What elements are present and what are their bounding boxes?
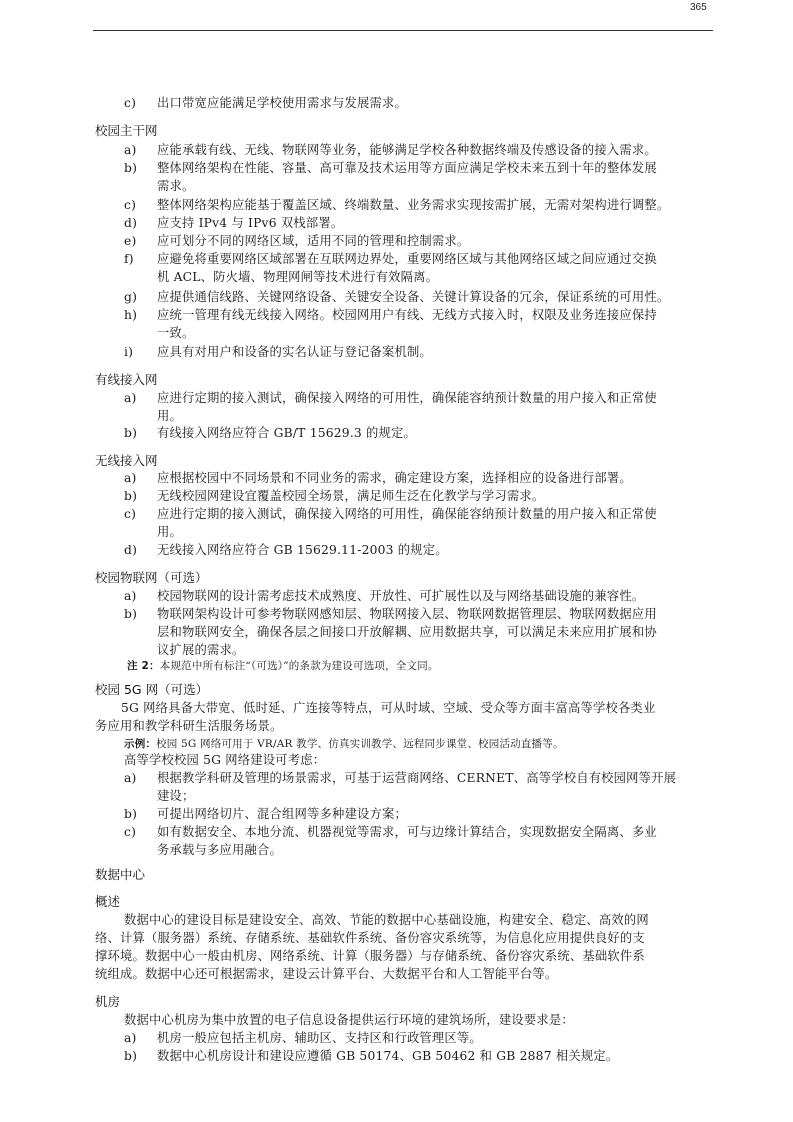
example-text: 校园 5G 网络可用于 VR/AR 教学、仿真实训教学、远程同步课堂、校园活动直…: [156, 738, 564, 750]
item-label: b): [124, 424, 157, 442]
item-text: 物联网架构设计可参考物联网感知层、物联网接入层、物联网数据管理层、物联网数据应用: [157, 607, 657, 621]
list-item: b)无线校园网建设宜覆盖校园全场景，满足师生泛在化教学与学习需求。: [124, 487, 544, 505]
list-item: a)根据教学科研及管理的场景需求，可基于运营商网络、CERNET、高等学校自有校…: [124, 769, 676, 787]
item-label: a): [124, 469, 157, 487]
item-text-continued: 用。: [157, 523, 182, 541]
list-item: d)应支持 IPv4 与 IPv6 双栈部署。: [124, 214, 343, 232]
paragraph-line: 高等学校校园 5G 网络建设可考虑：: [124, 751, 325, 769]
item-text: 应能承载有线、无线、物联网等业务，能够满足学校各种数据终端及传感设备的接入需求。: [157, 143, 657, 157]
list-item: a)应进行定期的接入测试，确保接入网络的可用性，确保能容纳预计数量的用户接入和正…: [124, 389, 657, 407]
item-label: c): [124, 94, 157, 112]
item-label: a): [124, 587, 157, 605]
list-item: e)应可划分不同的网络区域，适用不同的管理和控制需求。: [124, 232, 469, 250]
list-item: b)整体网络架构在性能、容量、高可靠及技术运用等方面应满足学校未来五到十年的整体…: [124, 159, 657, 177]
list-item: c)出口带宽应能满足学校使用需求与发展需求。: [124, 94, 407, 112]
item-text: 数据中心机房设计和建设应遵循 GB 50174、GB 50462 和 GB 28…: [157, 1049, 618, 1063]
item-text: 无线接入网络应符合 GB 15629.11-2003 的规定。: [157, 543, 448, 557]
note-text: 本规范中所有标注“（可选）”的条款为建设可选项，全文同。: [160, 660, 439, 672]
item-text: 应统一管理有线无线接入网络。校园网用户有线、无线方式接入时，权限及业务连接应保持: [157, 308, 657, 322]
item-label: b): [124, 159, 157, 177]
header-rule: [93, 30, 713, 31]
item-text: 无线校园网建设宜覆盖校园全场景，满足师生泛在化教学与学习需求。: [157, 489, 544, 503]
section-heading-datacenter: 数据中心: [95, 866, 145, 884]
item-label: c): [124, 505, 157, 523]
list-item: c)如有数据安全、本地分流、机器视觉等需求，可与边缘计算结合，实现数据安全隔离、…: [124, 823, 657, 841]
item-text: 应进行定期的接入测试，确保接入网络的可用性，确保能容纳预计数量的用户接入和正常使: [157, 507, 657, 521]
list-item: f)应避免将重要网络区域部署在互联网边界处，重要网络区域与其他网络区域之间应通过…: [124, 250, 657, 268]
list-item: a)校园物联网的设计需考虑技术成熟度、开放性、可扩展性以及与网络基础设施的兼容性…: [124, 587, 644, 605]
item-text: 应支持 IPv4 与 IPv6 双栈部署。: [157, 216, 343, 230]
list-item: a)应能承载有线、无线、物联网等业务，能够满足学校各种数据终端及传感设备的接入需…: [124, 141, 657, 159]
item-text: 校园物联网的设计需考虑技术成熟度、开放性、可扩展性以及与网络基础设施的兼容性。: [157, 589, 644, 603]
item-text: 应可划分不同的网络区域，适用不同的管理和控制需求。: [157, 234, 469, 248]
list-item: a)应根据校园中不同场景和不同业务的需求，确定建设方案，选择相应的设备进行部署。: [124, 469, 632, 487]
item-text: 整体网络架构在性能、容量、高可靠及技术运用等方面应满足学校未来五到十年的整体发展: [157, 161, 657, 175]
item-text: 应具有对用户和设备的实名认证与登记备案机制。: [157, 345, 432, 359]
item-label: b): [124, 805, 157, 823]
item-text: 有线接入网络应符合 GB/T 15629.3 的规定。: [157, 426, 416, 440]
paragraph-line: 务应用和教学科研生活服务场景。: [95, 717, 282, 735]
paragraph-line: 络、计算（服务器）系统、存储系统、基础软件系统、备份容灾系统等，为信息化应用提供…: [95, 929, 645, 947]
item-label: e): [124, 232, 157, 250]
item-text-continued: 需求。: [157, 177, 195, 195]
item-text: 应提供通信线路、关键网络设备、关键安全设备、关键计算设备的冗余，保证系统的可用性…: [157, 290, 669, 304]
item-label: a): [124, 769, 157, 787]
note-label: 注 2：: [127, 660, 160, 672]
section-heading-backbone: 校园主干网: [95, 122, 158, 140]
paragraph-line: 数据中心的建设目标是建设安全、高效、节能的数据中心基础设施，构建安全、稳定、高效…: [124, 911, 649, 929]
list-item: i)应具有对用户和设备的实名认证与登记备案机制。: [124, 343, 432, 361]
item-label: d): [124, 214, 157, 232]
list-item: g)应提供通信线路、关键网络设备、关键安全设备、关键计算设备的冗余，保证系统的可…: [124, 288, 669, 306]
item-text: 如有数据安全、本地分流、机器视觉等需求，可与边缘计算结合，实现数据安全隔离、多业: [157, 825, 657, 839]
item-label: i): [124, 343, 157, 361]
page-number: 365: [690, 2, 707, 13]
item-text-continued: 用。: [157, 407, 182, 425]
item-text-continued: 层和物联网安全，确保各层之间接口开放解耦、应用数据共享，可以满足未来应用扩展和协: [157, 623, 657, 641]
item-label: b): [124, 1047, 157, 1065]
section-heading-wireless-access: 无线接入网: [95, 452, 158, 470]
item-label: g): [124, 288, 157, 306]
item-text: 出口带宽应能满足学校使用需求与发展需求。: [157, 96, 407, 110]
item-label: b): [124, 487, 157, 505]
note: 注 2：本规范中所有标注“（可选）”的条款为建设可选项，全文同。: [127, 657, 439, 675]
list-item: a)机房一般应包括主机房、辅助区、支持区和行政管理区等。: [124, 1029, 482, 1047]
section-heading-iot: 校园物联网（可选）: [95, 569, 208, 587]
list-item: b)有线接入网络应符合 GB/T 15629.3 的规定。: [124, 424, 416, 442]
item-text: 机房一般应包括主机房、辅助区、支持区和行政管理区等。: [157, 1031, 482, 1045]
item-text: 根据教学科研及管理的场景需求，可基于运营商网络、CERNET、高等学校自有校园网…: [157, 771, 676, 785]
item-text-continued: 建设；: [157, 787, 195, 805]
item-text: 应避免将重要网络区域部署在互联网边界处，重要网络区域与其他网络区域之间应通过交换: [157, 252, 657, 266]
item-label: d): [124, 541, 157, 559]
item-text: 应进行定期的接入测试，确保接入网络的可用性，确保能容纳预计数量的用户接入和正常使: [157, 391, 657, 405]
list-item: b)数据中心机房设计和建设应遵循 GB 50174、GB 50462 和 GB …: [124, 1047, 618, 1065]
paragraph-line: 撑环境。数据中心一般由机房、网络系统、计算（服务器）与存储系统、备份容灾系统、基…: [95, 947, 645, 965]
example-label: 示例：: [124, 738, 156, 750]
item-label: c): [124, 196, 157, 214]
item-label: a): [124, 389, 157, 407]
item-text-continued: 机 ACL、防火墙、物理网闸等技术进行有效隔离。: [157, 268, 438, 286]
paragraph-line: 5G 网络具备大带宽、低时延、广连接等特点，可从时域、空域、受众等方面丰富高等学…: [121, 699, 656, 717]
item-text: 可提出网络切片、混合组网等多种建设方案；: [157, 807, 407, 821]
section-heading-wired-access: 有线接入网: [95, 371, 158, 389]
item-label: b): [124, 605, 157, 623]
list-item: c)整体网络架构应能基于覆盖区域、终端数量、业务需求实现按需扩展，无需对架构进行…: [124, 196, 669, 214]
item-text: 应根据校园中不同场景和不同业务的需求，确定建设方案，选择相应的设备进行部署。: [157, 471, 632, 485]
item-label: f): [124, 250, 157, 268]
item-text-continued: 务承载与多应用融合。: [157, 841, 282, 859]
paragraph-line: 统组成。数据中心还可根据需求，建设云计算平台、大数据平台和人工智能平台等。: [95, 965, 557, 983]
section-heading-5g: 校园 5G 网（可选）: [95, 681, 208, 699]
item-label: a): [124, 1029, 157, 1047]
subsection-heading-overview: 概述: [95, 893, 120, 911]
item-label: c): [124, 823, 157, 841]
item-text: 整体网络架构应能基于覆盖区域、终端数量、业务需求实现按需扩展，无需对架构进行调整…: [157, 198, 669, 212]
subsection-heading-machine-room: 机房: [95, 993, 120, 1011]
list-item: b)物联网架构设计可参考物联网感知层、物联网接入层、物联网数据管理层、物联网数据…: [124, 605, 657, 623]
paragraph-line: 数据中心机房为集中放置的电子信息设备提供运行环境的建筑场所，建设要求是：: [124, 1011, 574, 1029]
item-text-continued: 一致。: [157, 324, 195, 342]
item-label: a): [124, 141, 157, 159]
item-label: h): [124, 306, 157, 324]
list-item: c)应进行定期的接入测试，确保接入网络的可用性，确保能容纳预计数量的用户接入和正…: [124, 505, 657, 523]
list-item: d)无线接入网络应符合 GB 15629.11-2003 的规定。: [124, 541, 448, 559]
list-item: b)可提出网络切片、混合组网等多种建设方案；: [124, 805, 407, 823]
list-item: h)应统一管理有线无线接入网络。校园网用户有线、无线方式接入时，权限及业务连接应…: [124, 306, 657, 324]
